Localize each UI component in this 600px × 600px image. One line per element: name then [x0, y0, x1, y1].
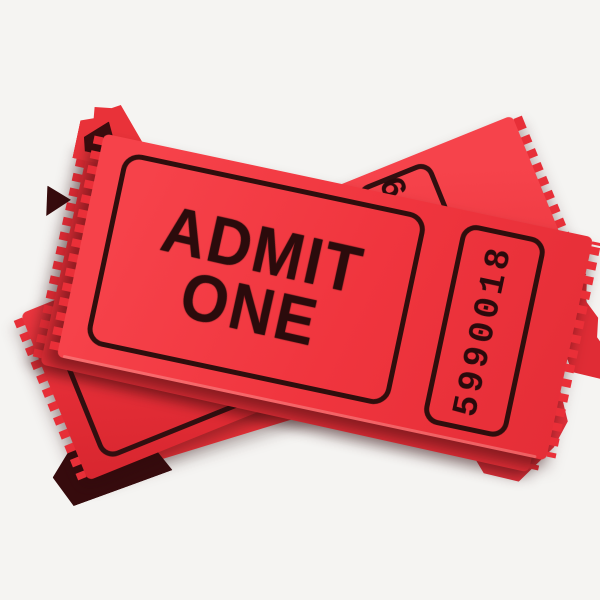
tickets-photo: 9016 ADMIT ONE 5990018: [0, 0, 600, 600]
admit-one-text: ADMIT ONE: [143, 198, 368, 361]
ticket-front-stub: 5990018: [421, 222, 548, 439]
ticket-front-serial: 5990018: [447, 241, 523, 421]
